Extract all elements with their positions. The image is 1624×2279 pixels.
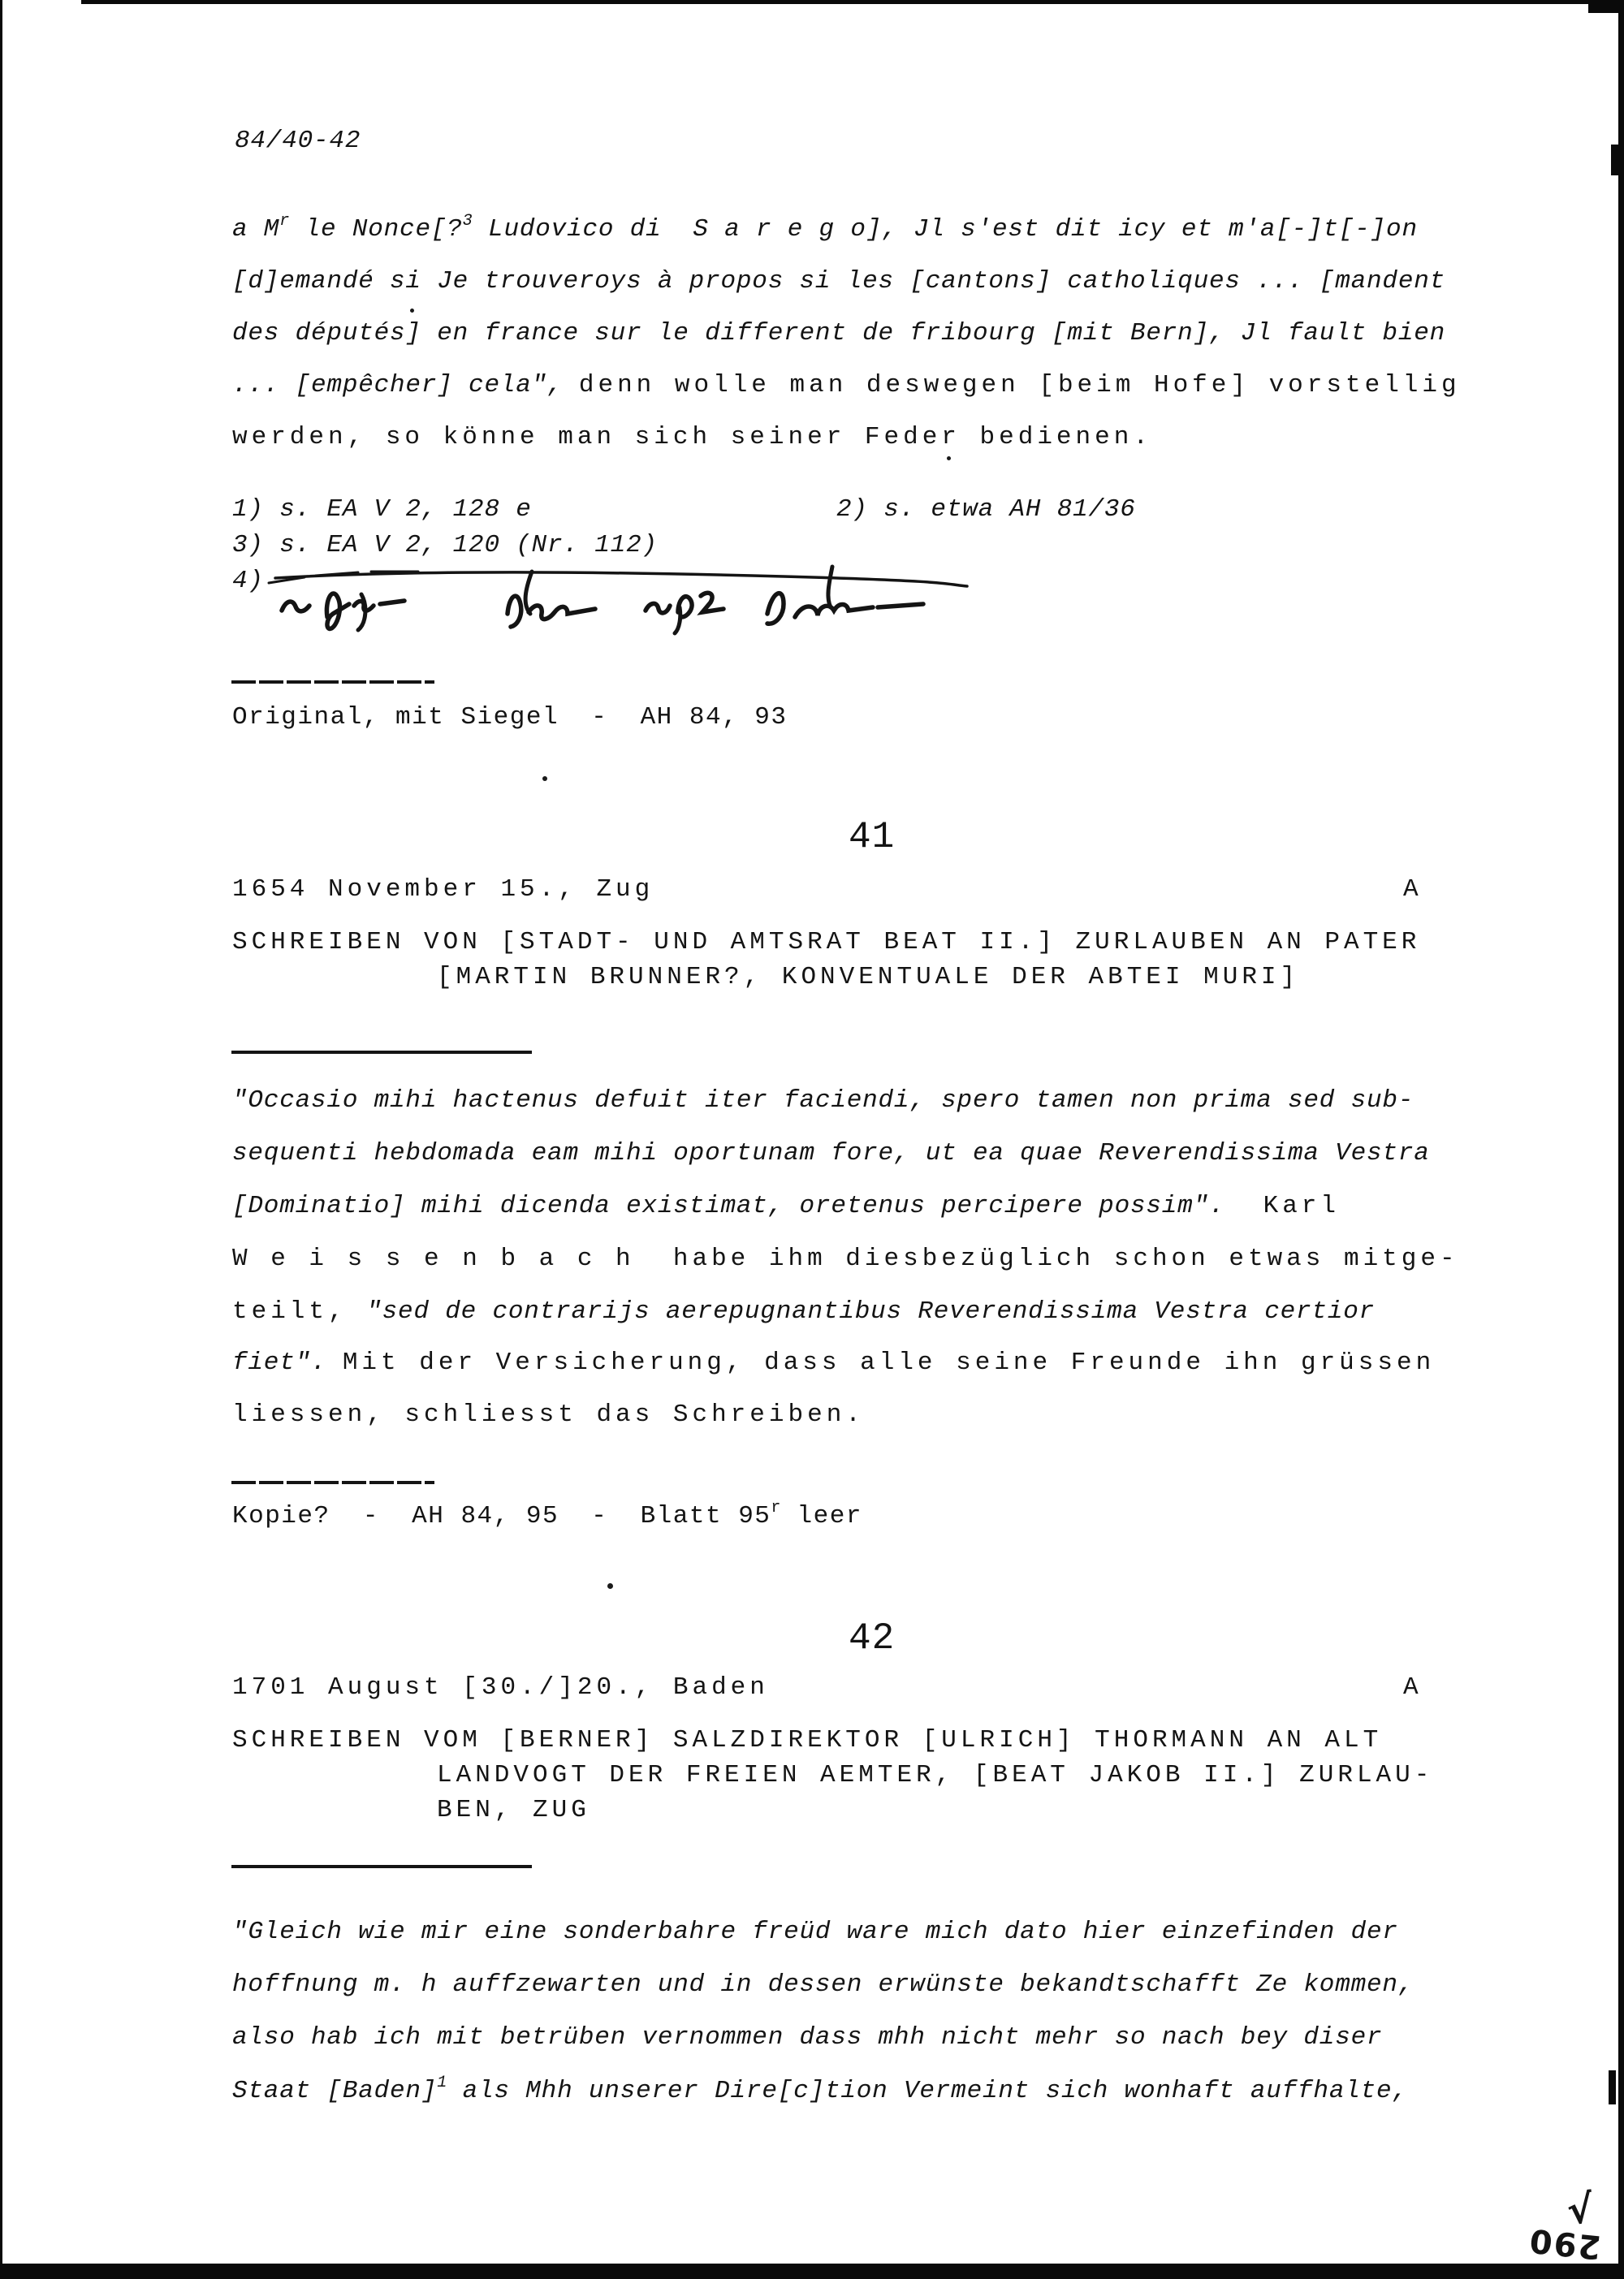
footnote-marker-1: 1 xyxy=(437,2074,447,2092)
e41-body-line1: "Occasio mihi hactenus defuit iter facie… xyxy=(232,1088,1414,1113)
text-seg: ... [empêcher] cela", xyxy=(232,371,579,399)
ink-speck xyxy=(607,1583,613,1589)
scan-edge-speck2 xyxy=(1609,2070,1616,2104)
e40-quote-line1: a Mr le Nonce[?3 Ludovico di S a r e g o… xyxy=(232,217,1418,242)
e40-quote-line4: ... [empêcher] cela", denn wolle man des… xyxy=(232,373,1461,398)
scan-border-top xyxy=(81,0,1624,4)
scan-border-left xyxy=(0,0,2,2279)
footnote-3: 3) s. EA V 2, 120 (Nr. 112) xyxy=(232,533,658,558)
entry41-date: 1654 November 15., Zug xyxy=(232,877,654,902)
ink-speck xyxy=(947,456,951,460)
text-seg: Mit der Versicherung, dass alle seine Fr… xyxy=(343,1349,1435,1377)
e40-quote-line5: werden, so könne man sich seiner Feder b… xyxy=(232,425,1152,450)
footnote-2: 2) s. etwa AH 81/36 xyxy=(836,497,1136,522)
entry42-date: 1701 August [30./]20., Baden xyxy=(232,1675,769,1700)
text-seg: le Nonce[? xyxy=(289,215,462,244)
text-seg: Staat [Baden] xyxy=(232,2077,437,2105)
e42-body-line1: "Gleich wie mir eine sonderbahre freüd w… xyxy=(232,1919,1398,1944)
scan-border-bottom xyxy=(0,2264,1624,2279)
ink-speck xyxy=(410,309,414,313)
text-seg: "sed de contrarijs aerepugnantibus Rever… xyxy=(366,1297,1375,1326)
separator-rule xyxy=(231,1051,532,1054)
footnote-1: 1) s. EA V 2, 128 e xyxy=(232,497,532,522)
text-seg: denn wolle man deswegen [beim Hofe] vors… xyxy=(579,371,1461,399)
entry42-title-line1: SCHREIBEN VOM [BERNER] SALZDIREKTOR [ULR… xyxy=(232,1728,1382,1753)
text-seg: Kopie? - AH 84, 95 - Blatt 95 xyxy=(232,1502,771,1530)
footnote-4: 4) xyxy=(232,568,264,593)
scan-corner-mark xyxy=(1588,0,1624,13)
e41-body-line7: liessen, schliesst das Schreiben. xyxy=(232,1402,865,1427)
entry41-title-line1: SCHREIBEN VON [STADT- UND AMTSRAT BEAT I… xyxy=(232,930,1420,955)
text-seg: teilt, xyxy=(232,1297,366,1326)
superscript-r: r xyxy=(771,1499,780,1517)
e41-body-line4: W e i s s e n b a c h habe ihm diesbezüg… xyxy=(232,1246,1459,1271)
text-seg: Karl xyxy=(1224,1192,1340,1220)
e41-body-line5: teilt, "sed de contrarijs aerepugnantibu… xyxy=(232,1299,1375,1324)
text-seg: Ludovico di S a r e g o], Jl s'est dit i… xyxy=(473,215,1418,244)
separator-rule xyxy=(231,680,434,684)
entry41-number: 41 xyxy=(849,818,895,856)
e40-source-line: Original, mit Siegel - AH 84, 93 xyxy=(232,705,788,730)
e41-body-line6: fiet". Mit der Versicherung, dass alle s… xyxy=(232,1350,1435,1375)
entry41-title-line2: [MARTIN BRUNNER?, KONVENTUALE DER ABTEI … xyxy=(437,965,1299,990)
scan-border-right xyxy=(1618,0,1624,2279)
text-seg: fiet". xyxy=(232,1349,343,1377)
e41-source-line: Kopie? - AH 84, 95 - Blatt 95r leer xyxy=(232,1504,862,1529)
e40-quote-line3: des députés] en france sur le different … xyxy=(232,321,1445,346)
e41-body-line3: [Dominatio] mihi dicenda existimat, oret… xyxy=(232,1193,1340,1219)
text-seg: als Mhh unserer Dire[c]tion Vermeint sic… xyxy=(447,2077,1408,2105)
entry42-title-line3: BEN, ZUG xyxy=(437,1798,590,1823)
text-seg: [Dominatio] mihi dicenda existimat, oret… xyxy=(232,1192,1224,1220)
e40-quote-line2: [d]emandé si Je trouveroys à propos si l… xyxy=(232,269,1445,294)
separator-rule xyxy=(231,1865,532,1868)
footnote-marker-3: 3 xyxy=(463,212,473,231)
archive-ref: 84/40-42 xyxy=(235,128,361,153)
e42-body-line4: Staat [Baden]1 als Mhh unserer Dire[c]ti… xyxy=(232,2078,1408,2104)
superscript-r: r xyxy=(279,212,289,231)
e41-body-line2: sequenti hebdomada eam mihi oportunam fo… xyxy=(232,1141,1430,1166)
text-seg: leer xyxy=(780,1502,862,1530)
e42-body-line2: hoffnung m. h auffzewarten und in dessen… xyxy=(232,1972,1414,1997)
entry42-title-line2: LANDVOGT DER FREIEN AEMTER, [BEAT JAKOB … xyxy=(437,1763,1433,1788)
ink-speck xyxy=(542,776,547,781)
text-seg: a M xyxy=(232,215,279,244)
scanned-document-page: 84/40-42 a Mr le Nonce[?3 Ludovico di S … xyxy=(0,0,1624,2279)
entry42-number: 42 xyxy=(849,1620,895,1657)
e42-body-line3: also hab ich mit betrüben vernommen dass… xyxy=(232,2025,1382,2050)
handwritten-page-number: 290 xyxy=(1527,2221,1603,2265)
separator-rule xyxy=(231,1481,434,1484)
footnote4-handwriting xyxy=(264,557,978,638)
scan-edge-speck xyxy=(1611,145,1618,175)
entry41-series-letter: A xyxy=(1403,877,1419,902)
entry42-series-letter: A xyxy=(1403,1675,1419,1700)
